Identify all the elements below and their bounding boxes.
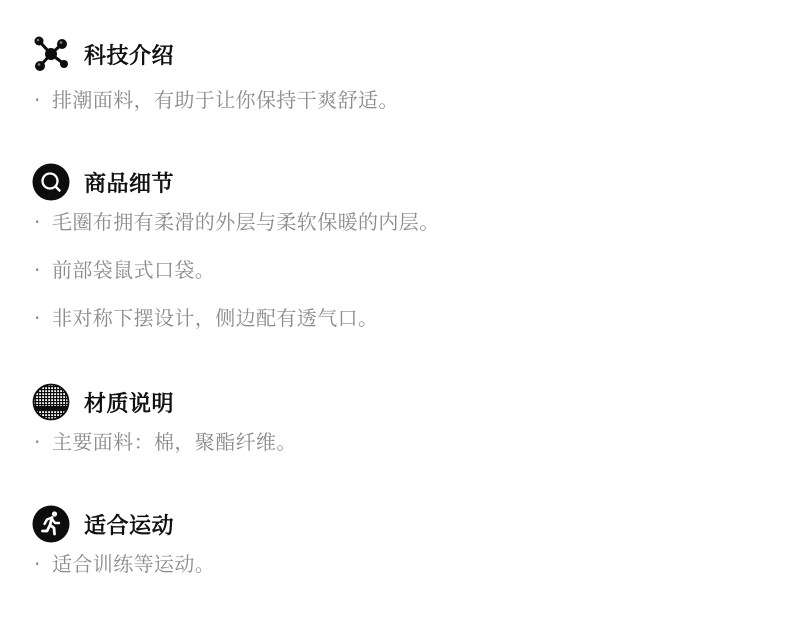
bullet-item: ·排潮面料，有助于让你保持干爽舒适。 (34, 86, 399, 114)
bullet-marker: · (34, 208, 52, 236)
section-product-details: 商品细节 ·毛圈布拥有柔滑的外层与柔软保暖的内层。 ·前部袋鼠式口袋。 ·非对称… (32, 162, 440, 332)
section-header: 商品细节 (32, 162, 440, 202)
section-header: 科技介绍 (32, 34, 399, 74)
section-header: 材质说明 (32, 382, 297, 422)
bullet-marker: · (34, 304, 52, 332)
section-header: 适合运动 (32, 504, 215, 544)
section-title: 材质说明 (84, 387, 174, 418)
bullet-text: 主要面料：棉，聚酯纤维。 (52, 430, 297, 454)
fabric-mesh-icon (32, 383, 70, 421)
running-person-icon (32, 505, 70, 543)
bullet-marker: · (34, 428, 52, 456)
bullet-text: 排潮面料，有助于让你保持干爽舒适。 (52, 88, 399, 112)
bullet-item: ·适合训练等运动。 (34, 550, 215, 578)
bullet-text: 前部袋鼠式口袋。 (52, 258, 215, 282)
section-suitable-sports: 适合运动 ·适合训练等运动。 (32, 504, 215, 578)
section-title: 商品细节 (84, 167, 174, 198)
bullet-marker: · (34, 256, 52, 284)
section-title: 科技介绍 (84, 39, 174, 70)
molecule-icon (32, 35, 70, 73)
bullet-text: 毛圈布拥有柔滑的外层与柔软保暖的内层。 (52, 210, 440, 234)
bullet-item: ·非对称下摆设计，侧边配有透气口。 (34, 304, 440, 332)
magnifier-icon (32, 163, 70, 201)
section-material: 材质说明 ·主要面料：棉，聚酯纤维。 (32, 382, 297, 456)
bullet-marker: · (34, 550, 52, 578)
section-title: 适合运动 (84, 509, 174, 540)
bullet-text: 非对称下摆设计，侧边配有透气口。 (52, 306, 378, 330)
bullet-text: 适合训练等运动。 (52, 552, 215, 576)
bullet-item: ·主要面料：棉，聚酯纤维。 (34, 428, 297, 456)
bullet-marker: · (34, 86, 52, 114)
section-tech-intro: 科技介绍 ·排潮面料，有助于让你保持干爽舒适。 (32, 34, 399, 114)
bullet-item: ·前部袋鼠式口袋。 (34, 256, 440, 284)
bullet-item: ·毛圈布拥有柔滑的外层与柔软保暖的内层。 (34, 208, 440, 236)
